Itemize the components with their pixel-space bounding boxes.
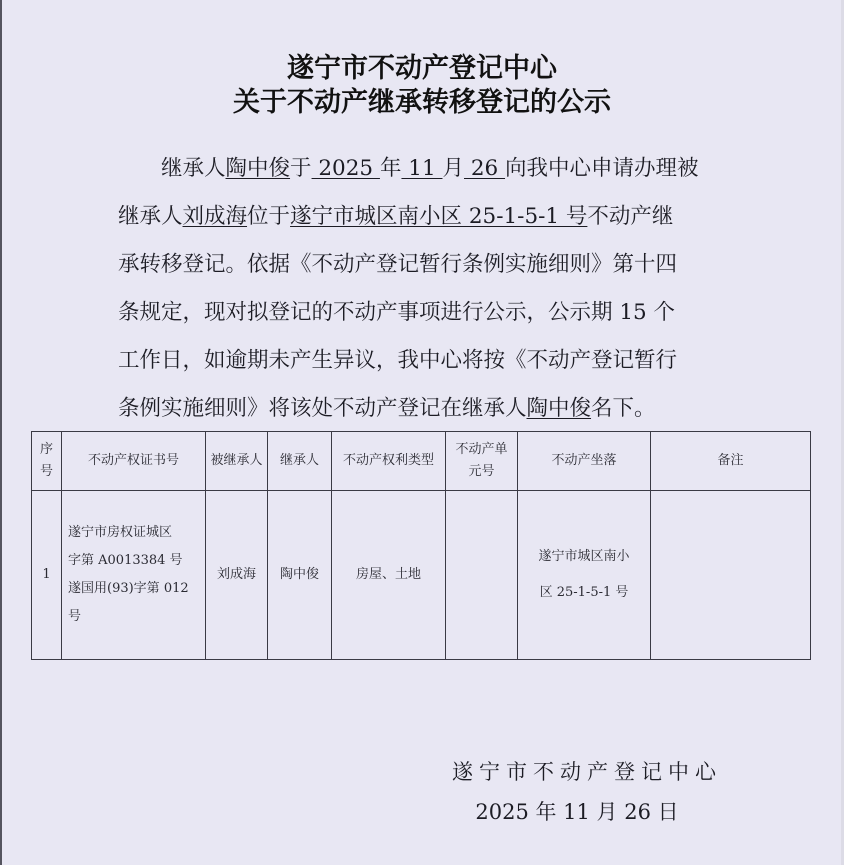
property-address: 遂宁市城区南小区 25-1-5-1 号 xyxy=(290,204,587,229)
text: 继承人 xyxy=(118,204,183,229)
text: 位于 xyxy=(247,204,290,229)
title-line-2: 关于不动产继承转移登记的公示 xyxy=(0,86,844,120)
body-line-5: 工作日，如逾期未产生异议，我中心将按《不动产登记暂行 xyxy=(118,346,677,376)
table-row: 1 遂宁市房权证城区字第 A0013384 号遂国用(93)字第 012号 刘成… xyxy=(32,491,811,660)
cell-right-type: 房屋、土地 xyxy=(332,491,446,660)
signature-date: 2025 年 11 月 26 日 xyxy=(432,796,722,826)
cell-location: 遂宁市城区南小区 25-1-5-1 号 xyxy=(518,491,651,660)
cell-cert-no: 遂宁市房权证城区字第 A0013384 号遂国用(93)字第 012号 xyxy=(62,491,206,660)
application-month: 11 xyxy=(401,156,442,181)
heir-name: 陶中俊 xyxy=(226,156,291,181)
body-line-3: 承转移登记。依据《不动产登记暂行条例实施细则》第十四 xyxy=(118,250,677,280)
header-location: 不动产坐落 xyxy=(518,432,651,491)
cell-decedent: 刘成海 xyxy=(206,491,268,660)
cell-seq: 1 xyxy=(32,491,62,660)
decedent-name: 刘成海 xyxy=(183,204,248,229)
body-line-6: 条例实施细则》将该处不动产登记在继承人陶中俊名下。 xyxy=(118,394,656,424)
text: 月 xyxy=(442,156,464,181)
table-header-row: 序号 不动产权证书号 被继承人 继承人 不动产权利类型 不动产单元号 不动产坐落… xyxy=(32,432,811,491)
heir-name: 陶中俊 xyxy=(527,396,592,421)
cell-remarks xyxy=(651,491,811,660)
header-heir: 继承人 xyxy=(268,432,332,491)
header-right-type: 不动产权利类型 xyxy=(332,432,446,491)
header-cert-no: 不动产权证书号 xyxy=(62,432,206,491)
title-line-1: 遂宁市不动产登记中心 xyxy=(0,52,844,86)
text: 名下。 xyxy=(591,396,656,421)
cell-unit-no xyxy=(446,491,518,660)
text: 向我中心申请办理被 xyxy=(505,156,699,181)
text: 条例实施细则》将该处不动产登记在继承人 xyxy=(118,396,527,421)
text: 继承人 xyxy=(161,156,226,181)
text: 于 xyxy=(290,156,312,181)
application-day: 26 xyxy=(464,156,505,181)
header-decedent: 被继承人 xyxy=(206,432,268,491)
text: 年 xyxy=(380,156,402,181)
text: 不动产继 xyxy=(587,204,673,229)
property-table: 序号 不动产权证书号 被继承人 继承人 不动产权利类型 不动产单元号 不动产坐落… xyxy=(31,431,811,660)
header-unit-no: 不动产单元号 xyxy=(446,432,518,491)
scan-edge-left xyxy=(0,0,2,865)
header-seq: 序号 xyxy=(32,432,62,491)
cell-heir: 陶中俊 xyxy=(268,491,332,660)
application-year: 2025 xyxy=(312,156,380,181)
body-line-1: 继承人陶中俊于 2025 年 11 月 26 向我中心申请办理被 xyxy=(161,154,699,184)
signature-organization: 遂宁市不动产登记中心 xyxy=(442,756,732,786)
header-remarks: 备注 xyxy=(651,432,811,491)
body-line-4: 条规定，现对拟登记的不动产事项进行公示，公示期 15 个 xyxy=(118,298,675,328)
body-line-2: 继承人刘成海位于遂宁市城区南小区 25-1-5-1 号不动产继 xyxy=(118,202,673,232)
